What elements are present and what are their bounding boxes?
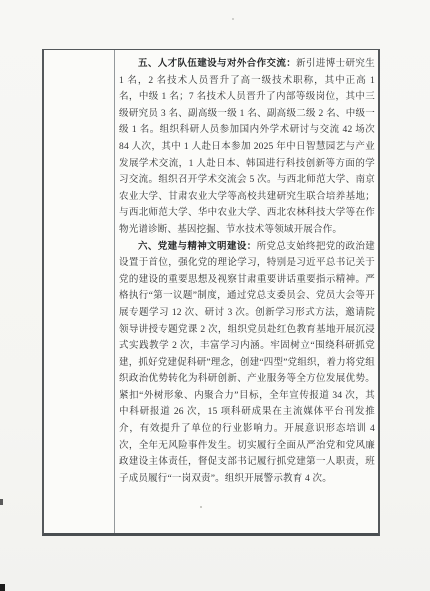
scan-artifact (200, 506, 202, 508)
section-body-talent: 新引进博士研究生 1 名，2 名技术人员晋升了高一级技术职称，其中正高 1 名，… (119, 59, 375, 235)
section-paragraph-talent: 五、人才队伍建设与对外合作交流：新引进博士研究生 1 名，2 名技术人员晋升了高… (119, 56, 375, 239)
table-label-cell (44, 50, 115, 533)
scan-artifact (0, 499, 3, 505)
table-content-cell: 五、人才队伍建设与对外合作交流：新引进博士研究生 1 名，2 名技术人员晋升了高… (115, 50, 378, 533)
scanned-page: 五、人才队伍建设与对外合作交流：新引进博士研究生 1 名，2 名技术人员晋升了高… (0, 0, 430, 591)
section-body-party: 所党总支始终把党的政治建设置于首位，强化党的理论学习，特别是习近平总书记关于党的… (119, 242, 375, 484)
scan-artifact (0, 584, 5, 591)
section-heading-party: 六、党建与精神文明建设： (138, 242, 257, 252)
report-table: 五、人才队伍建设与对外合作交流：新引进博士研究生 1 名，2 名技术人员晋升了高… (42, 49, 380, 536)
scan-artifact (232, 18, 234, 20)
section-heading-talent: 五、人才队伍建设与对外合作交流： (138, 59, 296, 69)
section-paragraph-party: 六、党建与精神文明建设：所党总支始终把党的政治建设置于首位，强化党的理论学习，特… (119, 239, 375, 488)
